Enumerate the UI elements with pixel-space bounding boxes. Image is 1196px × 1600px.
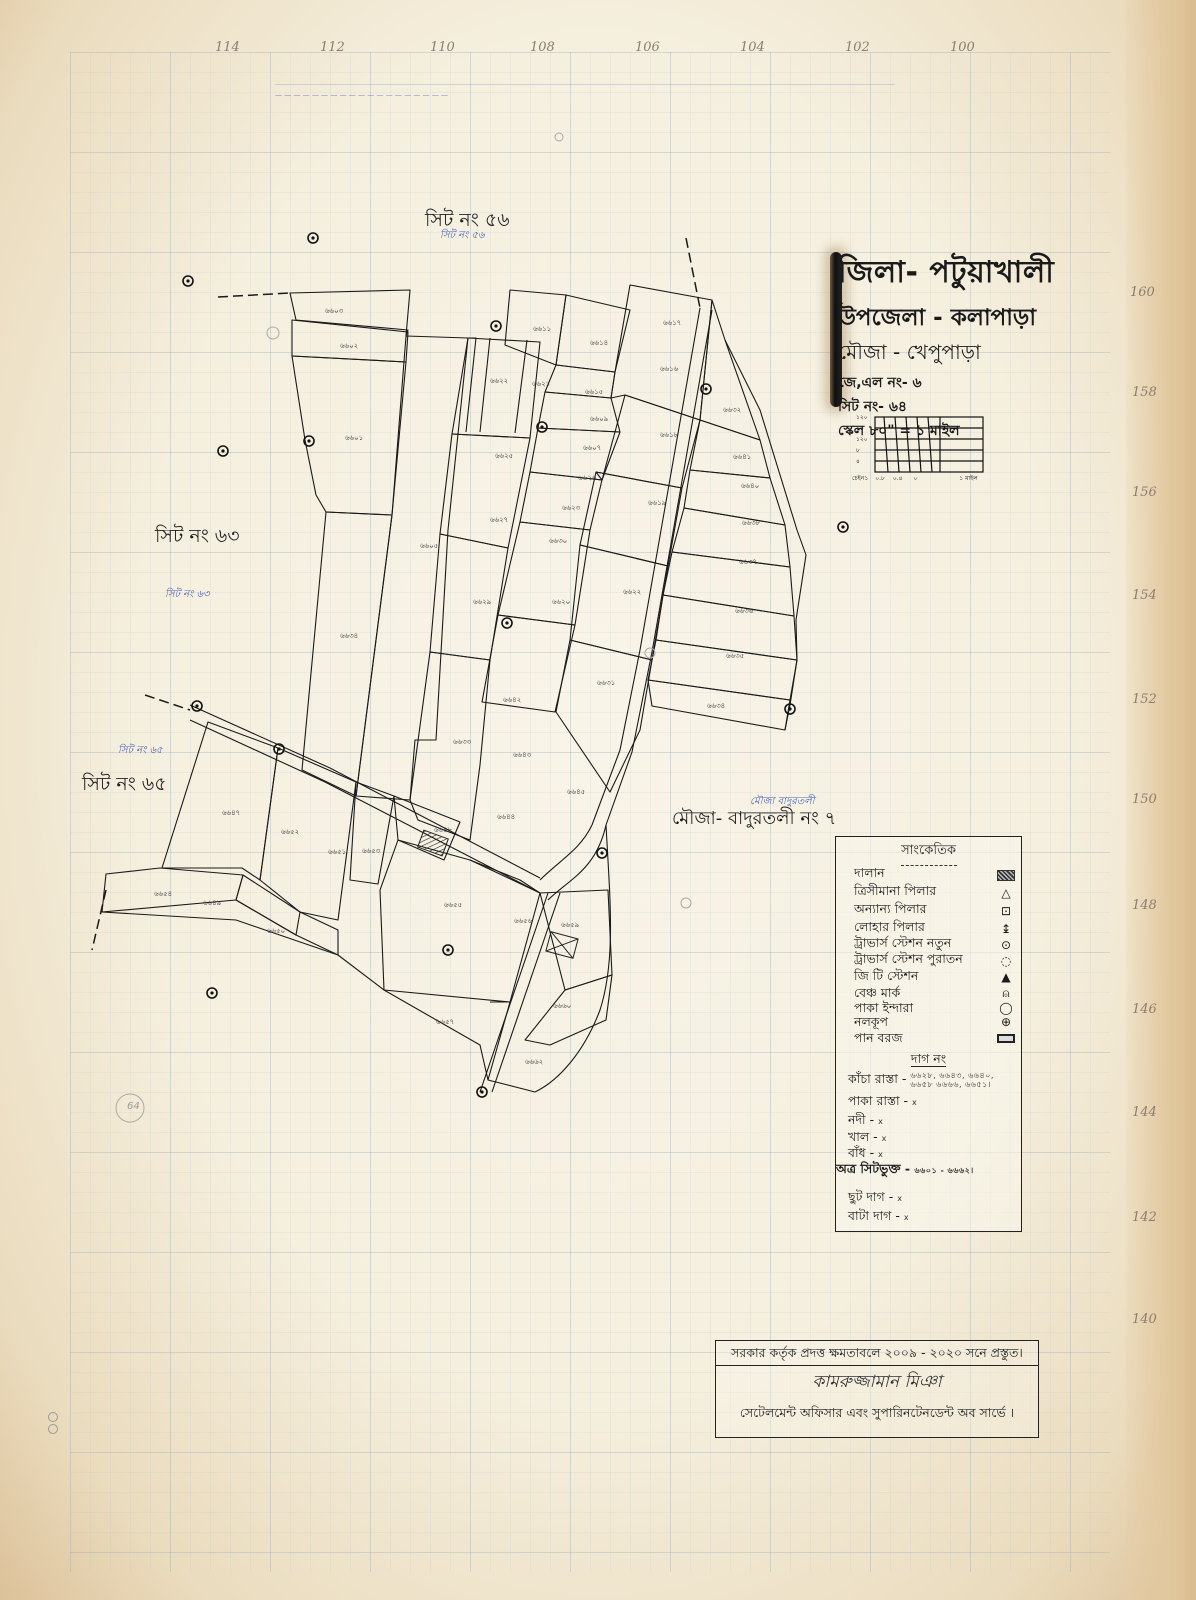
filled-triangle-icon: ▲ — [997, 971, 1015, 983]
plot-number: ৬৬১১ — [533, 323, 551, 335]
plot-number: ৬৬২২ — [490, 375, 508, 387]
adjacent-sheet-65-blue-note: সিট নং ৬৫ — [118, 743, 163, 760]
dag-in-sheet: অত্র সিটভুক্ত - ৬৬০১ - ৬৬৬২। — [836, 1161, 974, 1181]
legend-item-betel-garden: পান বরজ — [854, 1030, 903, 1050]
plot-number: ৬৬৪৯ — [203, 897, 221, 909]
plot-number: ৬৬২৯ — [473, 596, 491, 608]
plot-number: ৬৬০৩ — [325, 305, 343, 317]
plot-number: ৬৬১৯ — [648, 497, 666, 509]
plot-number: ৬৬৫৪ — [154, 888, 172, 900]
circle-dot-icon: ⊙ — [997, 939, 1015, 951]
hatched-rect-icon — [997, 869, 1015, 881]
plot-number: ৬৬৪৮ — [434, 824, 452, 836]
plot-number: ৬৬২৭ — [490, 514, 508, 526]
certification-box: সরকার কর্তৃক প্রদত্ত ক্ষমতাবলে ২০০৯ - ২০… — [715, 1340, 1039, 1438]
plot-number: ৬৬৫৩ — [362, 845, 380, 857]
plot-number: ৬৬২০ — [552, 596, 570, 608]
officer-signature: কামরুজ্জামান মিঞা — [716, 1369, 1038, 1397]
plot-number: ৬৬৩৫ — [726, 650, 744, 662]
plot-number: ৬৬৩৬ — [735, 605, 753, 617]
crosshair-circle-icon: ⊕ — [997, 1016, 1015, 1028]
plot-number: ৬৬৩৮ — [742, 517, 760, 529]
certification-statement: সরকার কর্তৃক প্রদত্ত ক্ষমতাবলে ২০০৯ - ২০… — [716, 1341, 1038, 1366]
plot-number: ৬৬৩৪ — [707, 700, 725, 712]
upazila-label: উপজেলা - কলাপাড়া — [838, 299, 1068, 338]
dag-omitted: ছুট দাগ - x — [848, 1189, 902, 1209]
plot-number: ৬৬৫৭ — [436, 1016, 454, 1028]
plot-number: ৬৬৪৪ — [497, 811, 515, 823]
plot-number: ৬৬২৫ — [495, 450, 513, 462]
plot-number: ৬৬৫২ — [281, 826, 299, 838]
plot-number: ৬৬৩৭ — [739, 556, 757, 568]
plot-number: ৬৬৪৩ — [513, 749, 531, 761]
legend-item-tri-junction-pillar: ত্রিসীমানা পিলার — [854, 883, 936, 903]
plot-number: ৬৬১৬ — [660, 363, 678, 375]
triangle-icon: △ — [997, 887, 1015, 899]
dag-kacha-road: কাঁচা রাস্তা - ৬৬২৮, ৬৬৪৩, ৬৬৪০, ৬৬৫৮ ৬৬… — [848, 1071, 1000, 1091]
legend-title: সাংকেতিক — [836, 841, 1021, 866]
plot-number: ৬৬৬২ — [525, 1056, 543, 1068]
thick-circle-icon: ◯ — [997, 1002, 1015, 1014]
officer-designation: সেটেলমেন্ট অফিসার এবং সুপারিনটেনডেন্ট অব… — [716, 1405, 1038, 1425]
dag-pucca-road: পাকা রাস্তা - x — [848, 1093, 917, 1113]
plot-number: ৬৬২৩ — [562, 502, 580, 514]
dashed-circle-icon: ◌ — [997, 955, 1015, 967]
legend-item-building: দালান — [854, 865, 885, 885]
plot-number: ৬৬৫৬ — [514, 915, 532, 927]
scale-bar-left-labels: ১২০ ১০ ১২০ ৮ ৪ — [856, 412, 868, 467]
plot-number: ৬৬৩২ — [723, 404, 741, 416]
plot-number: ৬৬০৭ — [583, 442, 601, 454]
plot-number: ৬৬৪১ — [733, 451, 751, 463]
plot-number: ৬৬৫৫ — [444, 899, 462, 911]
adjacent-sheet-63-blue-note: সিট নং ৬৩ — [165, 587, 210, 604]
plot-number: ৬৬৫০ — [267, 925, 285, 937]
plot-number: ৬৬১৪ — [590, 337, 608, 349]
double-rect-icon — [997, 1032, 1015, 1044]
plot-number: ৬৬৩১ — [597, 677, 615, 689]
district-label: জিলা- পটুয়াখালী — [838, 248, 1068, 299]
plot-number: ৬৬১৭ — [663, 317, 681, 329]
plot-number: ৬৬৩০ — [549, 535, 567, 547]
dotted-square-icon: ⊡ — [997, 905, 1015, 917]
plot-number: ৬৬৩৪ — [340, 630, 358, 642]
plot-number: ৬৬০৫ — [420, 540, 438, 552]
plot-number: ৬৬৩৩ — [453, 736, 471, 748]
legend-box: সাংকেতিক দালান ত্রিসীমানা পিলার △ অন্যান… — [835, 836, 1022, 1232]
plot-number: ৬৬৪২ — [503, 694, 521, 706]
plot-number: ৬৬১৮ — [660, 429, 678, 441]
adjacent-sheet-56-blue-note: সিট নং ৫৬ — [440, 228, 485, 245]
jl-number: জে,এল নং- ৬ — [838, 371, 1068, 395]
plot-number: ৬৬৪৭ — [222, 807, 240, 819]
binder-holes — [48, 1412, 58, 1434]
plot-number: ৬৬৫১ — [328, 846, 346, 858]
iron-pillar-icon: ↨ — [997, 923, 1015, 935]
bench-mark-icon: ⍝ — [997, 987, 1015, 999]
plot-number: ৬৬৪০ — [741, 480, 759, 492]
plot-number: ৬৬০১ — [345, 432, 363, 444]
plot-number: ৬৬০২ — [340, 340, 358, 352]
plot-number: ৬৬১৫ — [585, 386, 603, 398]
title-block: জিলা- পটুয়াখালী উপজেলা - কলাপাড়া মৌজা … — [838, 248, 1068, 443]
plot-number: ৬৬৪৫ — [567, 786, 585, 798]
plot-number: ৬৬৬০ — [553, 1000, 571, 1012]
legend-item-other-pillar: অন্যান্য পিলার — [854, 901, 926, 921]
dag-number-title: দাগ নং — [836, 1051, 1021, 1071]
dag-bata: বাটা দাগ - x — [848, 1208, 909, 1228]
mauza-label: মৌজা - খেপুপাড়া — [838, 338, 1068, 371]
adjacent-sheet-63-label: সিট নং ৬৩ — [155, 522, 240, 554]
scale-bar-bottom-labels: চেইন১ ০.৮ ০.৪ ০ ১ মাইল — [852, 473, 978, 484]
plot-number: ৬৬০৯ — [590, 413, 608, 425]
plot-number: ৬৬২২ — [623, 586, 641, 598]
plot-number: ৬৬২৬ — [578, 472, 596, 484]
corner-pencil-note: 64 — [127, 1101, 140, 1112]
scale-label: স্কেল ৮০" = ১ মাইল — [838, 419, 1068, 443]
adjacent-sheet-65-label: সিট নং ৬৫ — [82, 770, 167, 802]
plot-number: ৬৬২১ — [532, 378, 550, 390]
sheet-number: সিট নং- ৬৪ — [838, 395, 1068, 419]
plot-number: ৬৬৫৯ — [561, 919, 579, 931]
adjacent-mauza-blue-note: মৌজা বাদুরতলী — [750, 794, 815, 811]
